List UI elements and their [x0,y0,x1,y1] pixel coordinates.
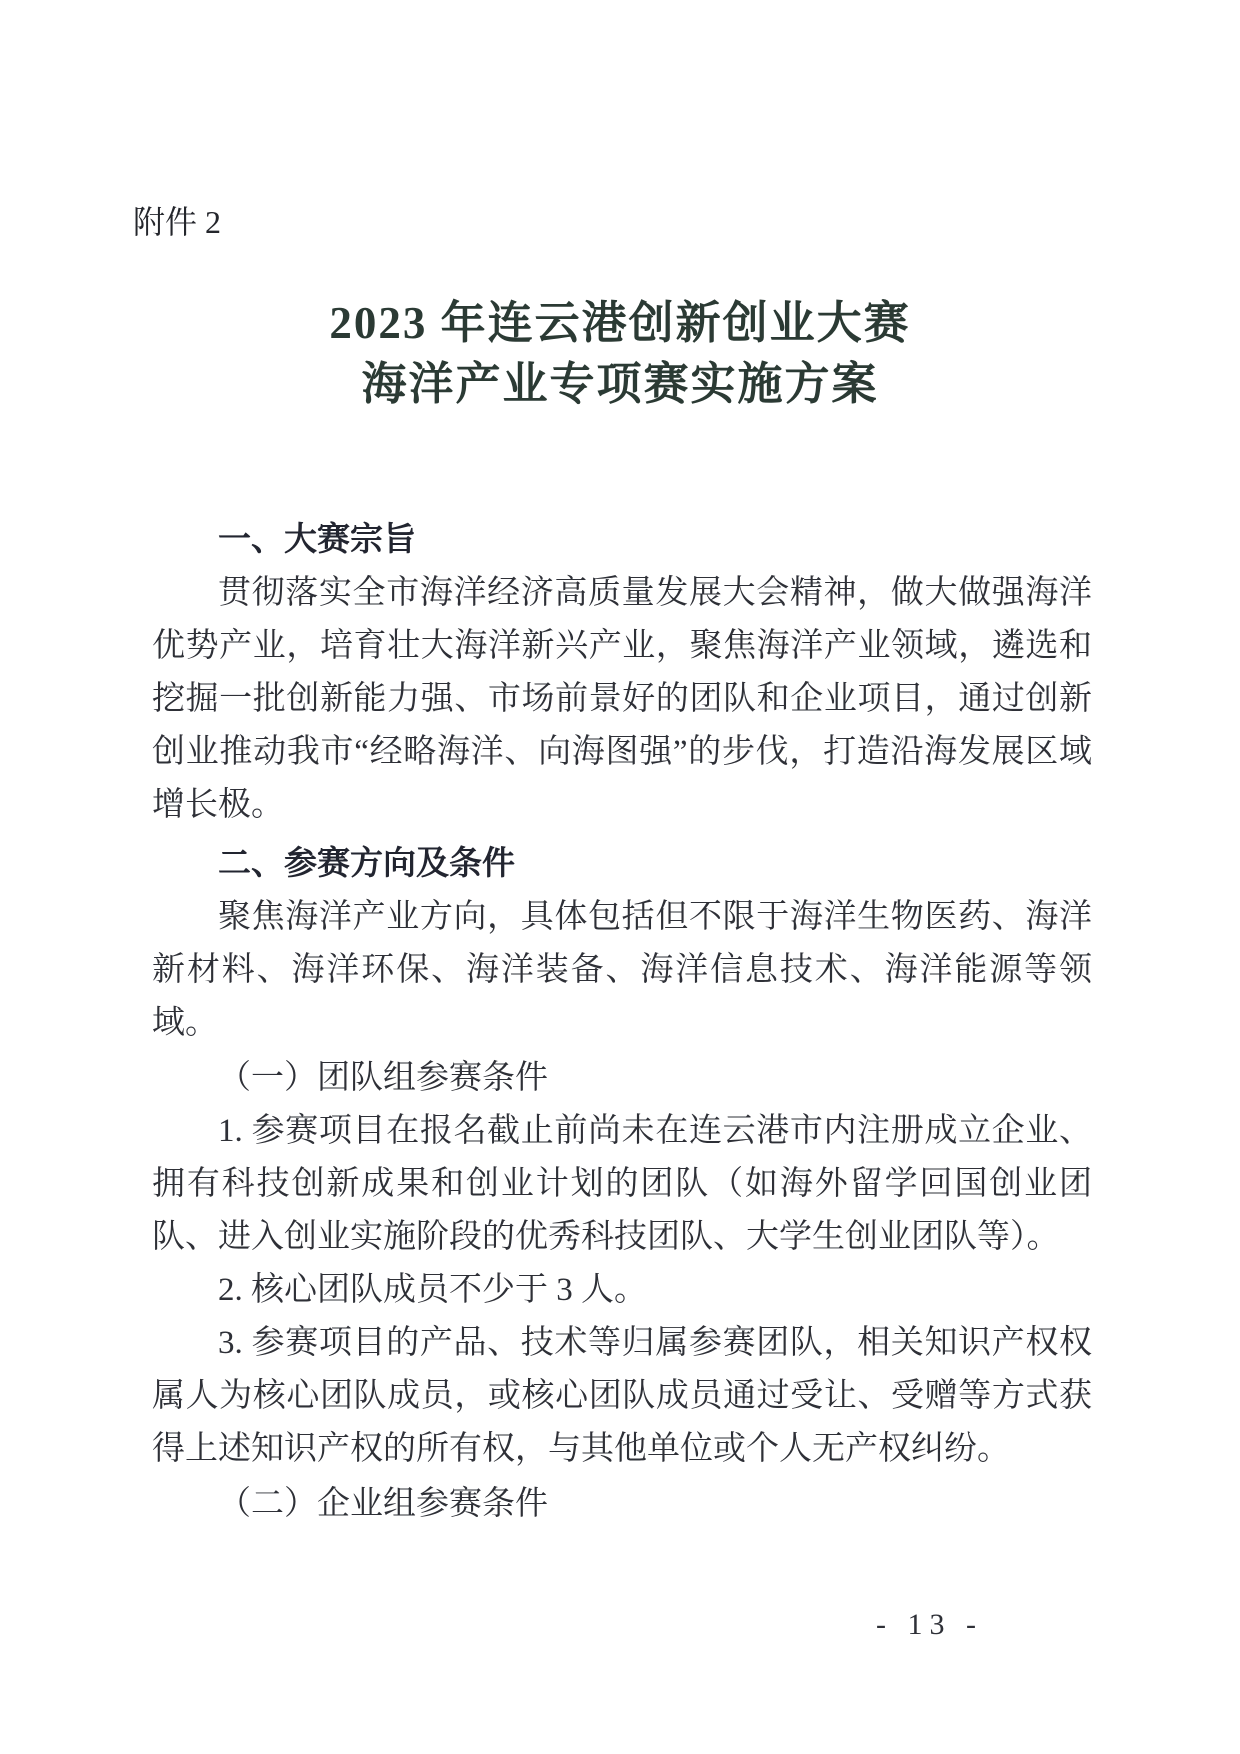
document-title: 2023 年连云港创新创业大赛 海洋产业专项赛实施方案 [0,293,1240,415]
team-group-condition-2: 2. 核心团队成员不少于 3 人。 [152,1264,1092,1317]
document-body: 一、大赛宗旨 贯彻落实全市海洋经济高质量发展大会精神，做大做强海洋优势产业，培育… [152,508,1092,1531]
attachment-label: 附件 2 [133,200,221,244]
page-number: - 13 - [876,1605,983,1645]
section-heading-1: 一、大赛宗旨 [152,512,1092,565]
section-heading-2: 二、参赛方向及条件 [152,836,1092,889]
document-page: 附件 2 2023 年连云港创新创业大赛 海洋产业专项赛实施方案 一、大赛宗旨 … [0,0,1240,1754]
team-group-condition-1: 1. 参赛项目在报名截止前尚未在连云港市内注册成立企业、拥有科技创新成果和创业计… [152,1105,1092,1264]
subsection-heading-enterprise-group: （二）企业组参赛条件 [152,1478,1092,1531]
document-title-line-2: 海洋产业专项赛实施方案 [0,354,1240,415]
team-group-condition-3: 3. 参赛项目的产品、技术等归属参赛团队，相关知识产权权属人为核心团队成员，或核… [152,1317,1092,1476]
section-2-paragraph: 聚焦海洋产业方向，具体包括但不限于海洋生物医药、海洋新材料、海洋环保、海洋装备、… [152,891,1092,1050]
section-1-paragraph: 贯彻落实全市海洋经济高质量发展大会精神，做大做强海洋优势产业，培育壮大海洋新兴产… [152,567,1092,832]
subsection-heading-team-group: （一）团队组参赛条件 [152,1052,1092,1105]
document-title-line-1: 2023 年连云港创新创业大赛 [0,293,1240,354]
